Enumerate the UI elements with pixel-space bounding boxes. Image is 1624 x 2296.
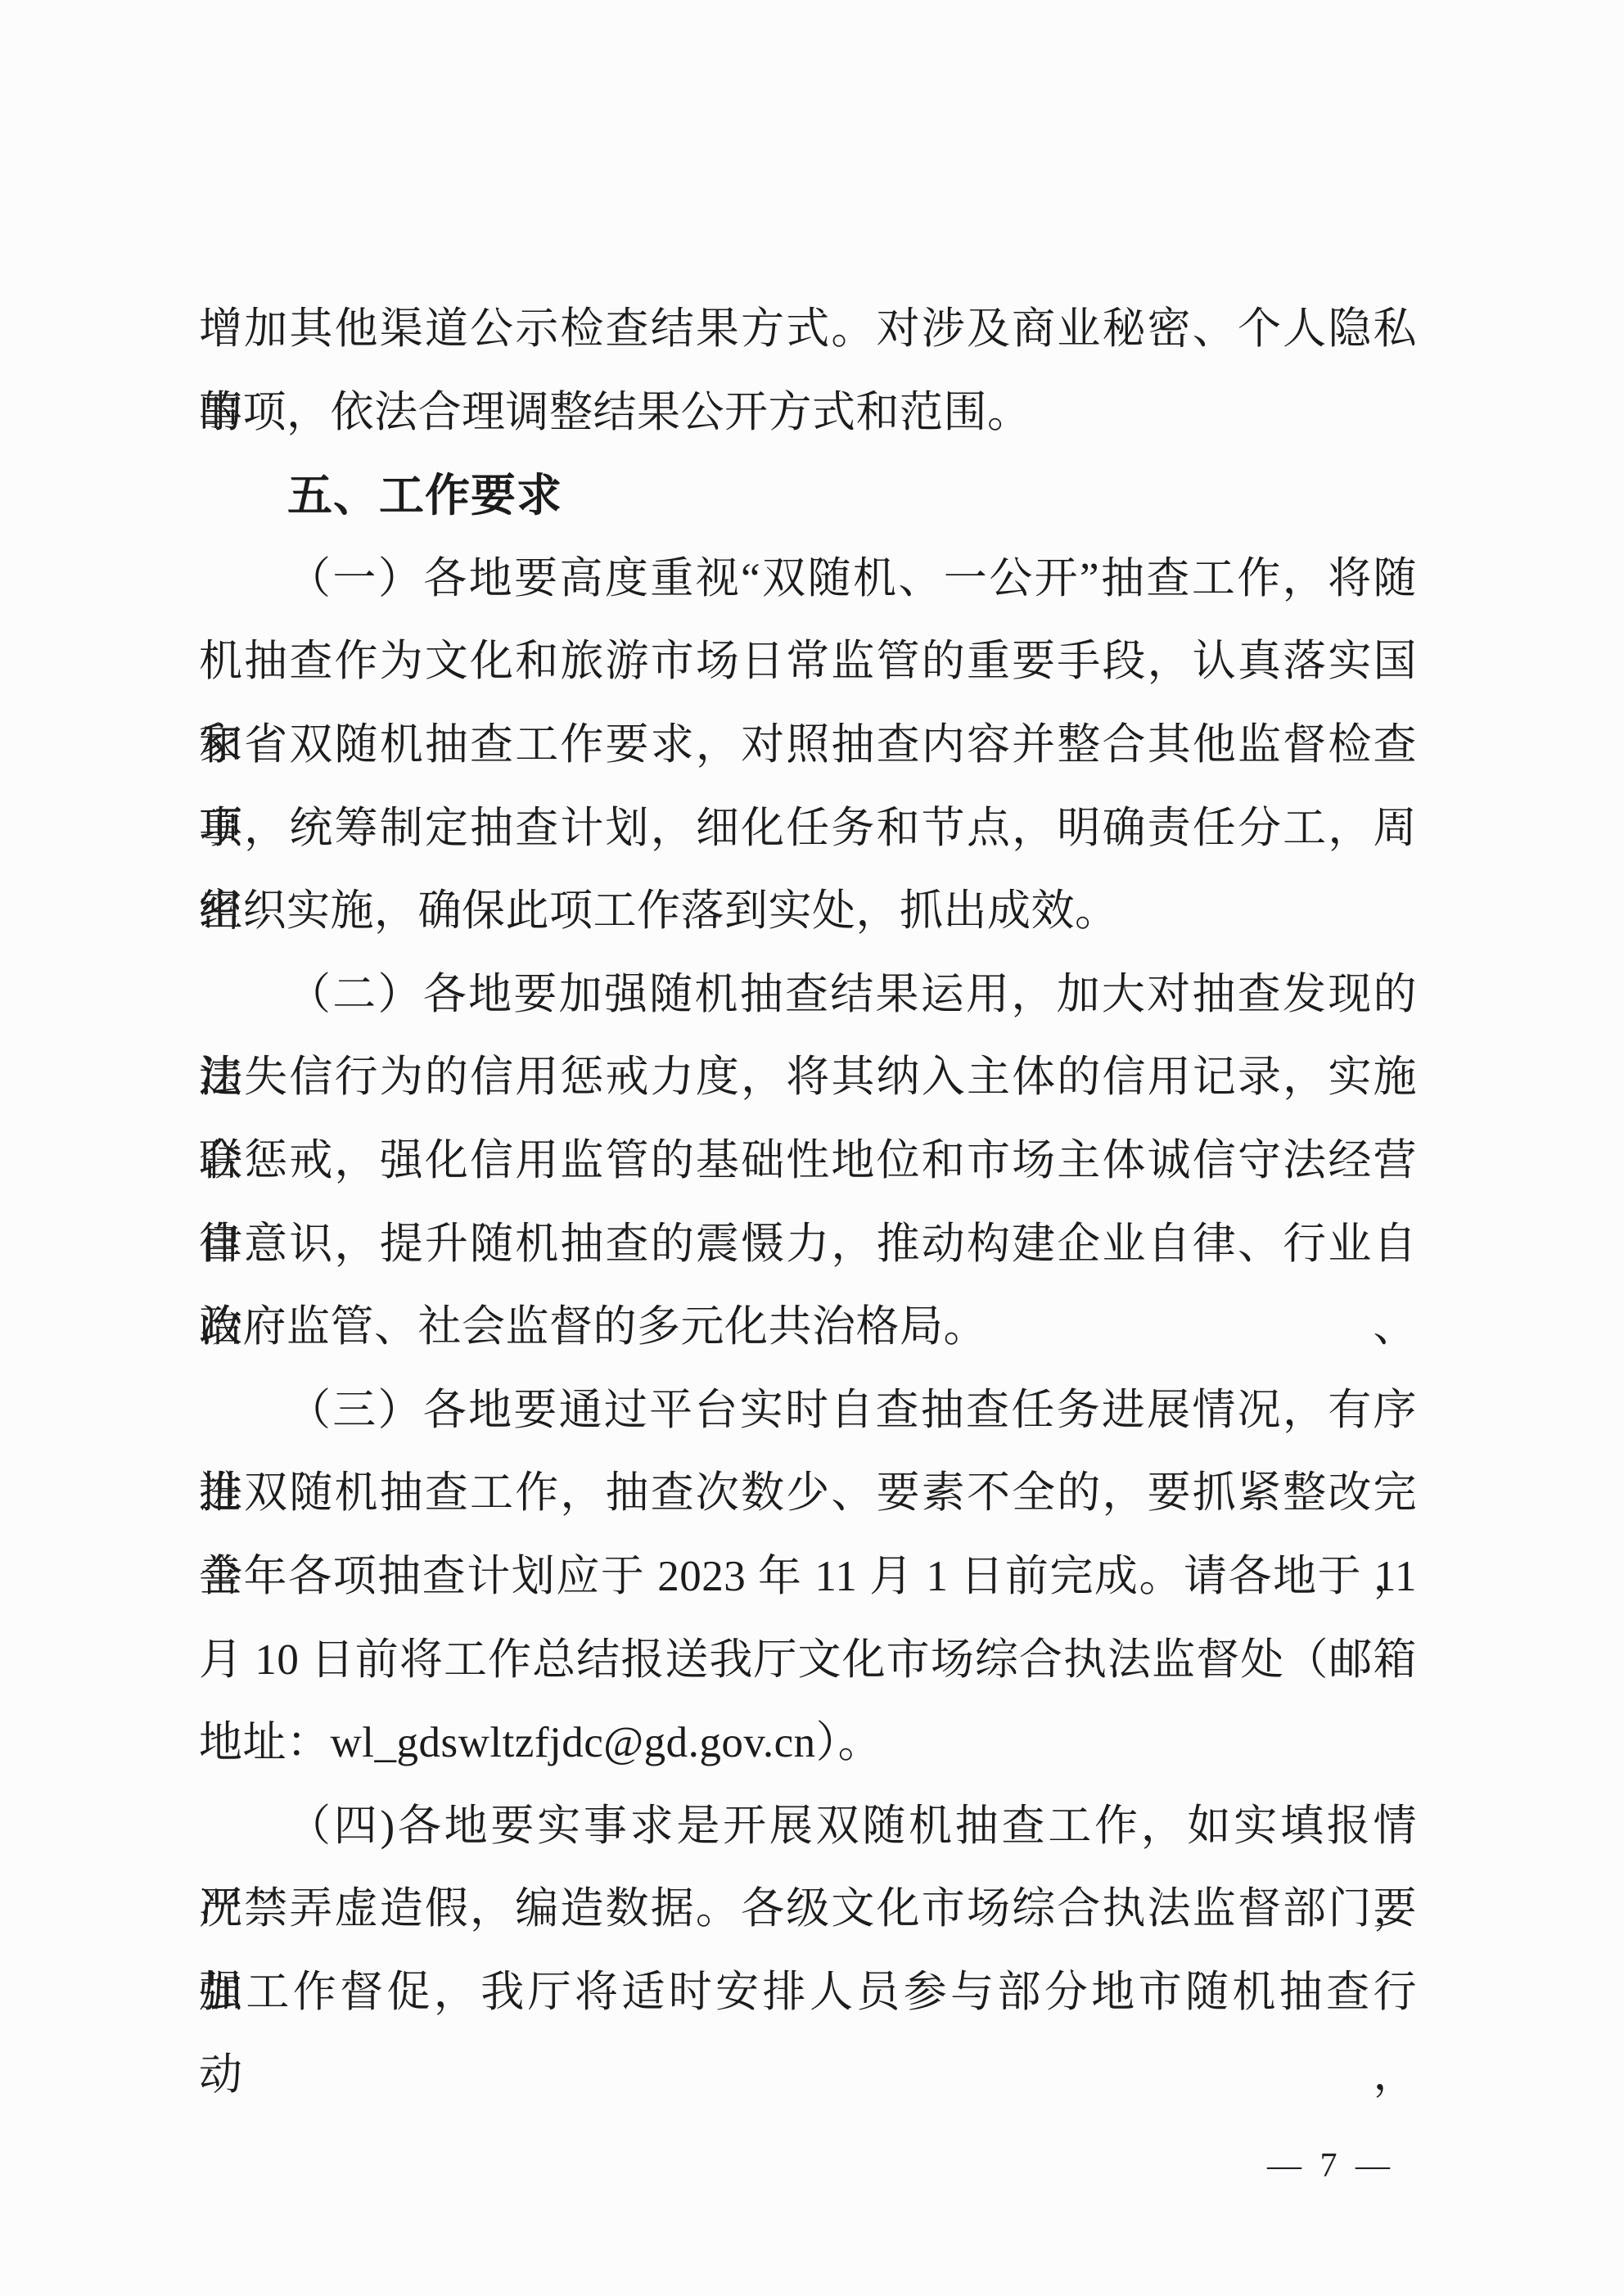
text-line: 增加其他渠道公示检查结果方式。对涉及商业秘密、个人隐私的 [199,288,1417,372]
text-line: （二）各地要加强随机抽查结果运用，加大对抽查发现的违 [199,954,1417,1037]
text-line: 进双随机抽查工作，抽查次数少、要素不全的，要抓紧整改完善， [199,1452,1417,1536]
text-line: 和省双随机抽查工作要求，对照抽查内容并整合其他监督检查事 [199,704,1417,787]
text-line: 全年各项抽查计划应于 2023 年 11 月 1 日前完成。请各地于 11 [199,1536,1417,1619]
text-line: 法失信行为的信用惩戒力度，将其纳入主体的信用记录，实施联 [199,1036,1417,1120]
text-line: 机抽查作为文化和旅游市场日常监管的重要手段，认真落实国家 [199,620,1417,704]
text-line: 项，统筹制定抽查计划，细化任务和节点，明确责任分工，周密 [199,787,1417,871]
text-line: （四)各地要实事求是开展双随机抽查工作，如实填报情况， [199,1785,1417,1869]
text-line: 事项，依法合理调整结果公开方式和范围。 [199,372,1417,455]
text-line: 地址：wl_gdswltzfjdc@gd.gov.cn）。 [199,1702,1417,1785]
text-line: 律意识，提升随机抽查的震慑力，推动构建企业自律、行业自治、 [199,1203,1417,1287]
text-line: 合惩戒，强化信用监管的基础性地位和市场主体诚信守法经营自 [199,1120,1417,1203]
document-page: 增加其他渠道公示检查结果方式。对涉及商业秘密、个人隐私的事项，依法合理调整结果公… [0,0,1624,2296]
text-line: （三）各地要通过平台实时自查抽查任务进展情况，有序推 [199,1369,1417,1453]
section-heading: 五、工作要求 [199,454,1417,538]
text-line: （一）各地要高度重视“双随机、一公开”抽查工作，将随 [199,538,1417,621]
text-line: 月 10 日前将工作总结报送我厅文化市场综合执法监督处（邮箱 [199,1619,1417,1703]
text-line: 强工作督促，我厅将适时安排人员参与部分地市随机抽查行动， [199,1951,1417,2035]
text-line: 组织实施，确保此项工作落到实处，抓出成效。 [199,870,1417,954]
text-block: 增加其他渠道公示检查结果方式。对涉及商业秘密、个人隐私的事项，依法合理调整结果公… [199,288,1417,2034]
page-number: — 7 — [1267,2125,1395,2208]
text-line: 严禁弄虚造假，编造数据。各级文化市场综合执法监督部门要加 [199,1868,1417,1951]
